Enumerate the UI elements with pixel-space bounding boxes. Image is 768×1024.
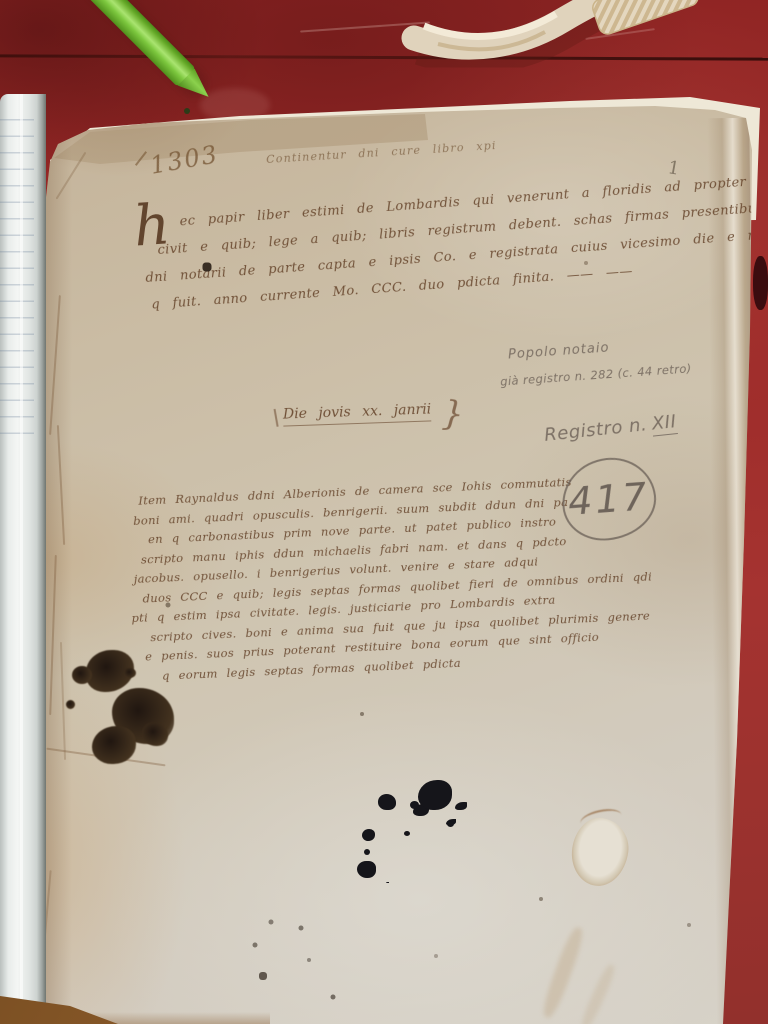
ink-spot [418, 780, 452, 810]
closing-brace: } [441, 393, 465, 434]
pencil-note-line1: Popolo notaio [508, 340, 610, 362]
mold-stain [124, 668, 136, 678]
paper-fold-highlight [20, 94, 23, 1024]
ink-spot [404, 831, 410, 836]
dark-object-right-edge [753, 256, 768, 310]
mold-stain [92, 726, 136, 764]
photo-scene: 1303 Continentur dni cure libro xpi 1 h … [0, 0, 768, 1024]
registro-number: XII [651, 411, 678, 436]
manuscript-page: 1303 Continentur dni cure libro xpi 1 h … [0, 0, 768, 1024]
ink-spot [362, 829, 375, 841]
mold-stain [66, 700, 75, 709]
ink-spot [364, 849, 370, 855]
pen-tip [184, 108, 190, 114]
stain-smear [578, 963, 617, 1024]
pencil-registro-label: Registro n.XII [543, 411, 677, 446]
stain-smear [539, 925, 587, 1020]
date-heading: Die jovis xx. janrii [283, 401, 432, 426]
ink-spot [410, 801, 419, 809]
ruled-lines [0, 104, 34, 444]
folio-number: 1 [666, 157, 681, 180]
mold-stain [72, 666, 92, 684]
paragraph-1: h ec papir liber estimi de Lombardis qui… [145, 177, 631, 318]
mold-stain [142, 722, 168, 746]
lined-paper-strip [0, 94, 46, 1024]
ink-spot [447, 821, 454, 827]
paragraph-2: Item Raynaldus ddni Alberionis de camera… [138, 472, 586, 686]
registro-prefix: Registro n. [543, 414, 648, 446]
ink-spot [378, 794, 396, 810]
circled-number: 417 [567, 474, 651, 524]
ink-spot [357, 861, 376, 878]
pencil-note-line2: già registro n. 282 (c. 44 retro) [500, 361, 692, 388]
